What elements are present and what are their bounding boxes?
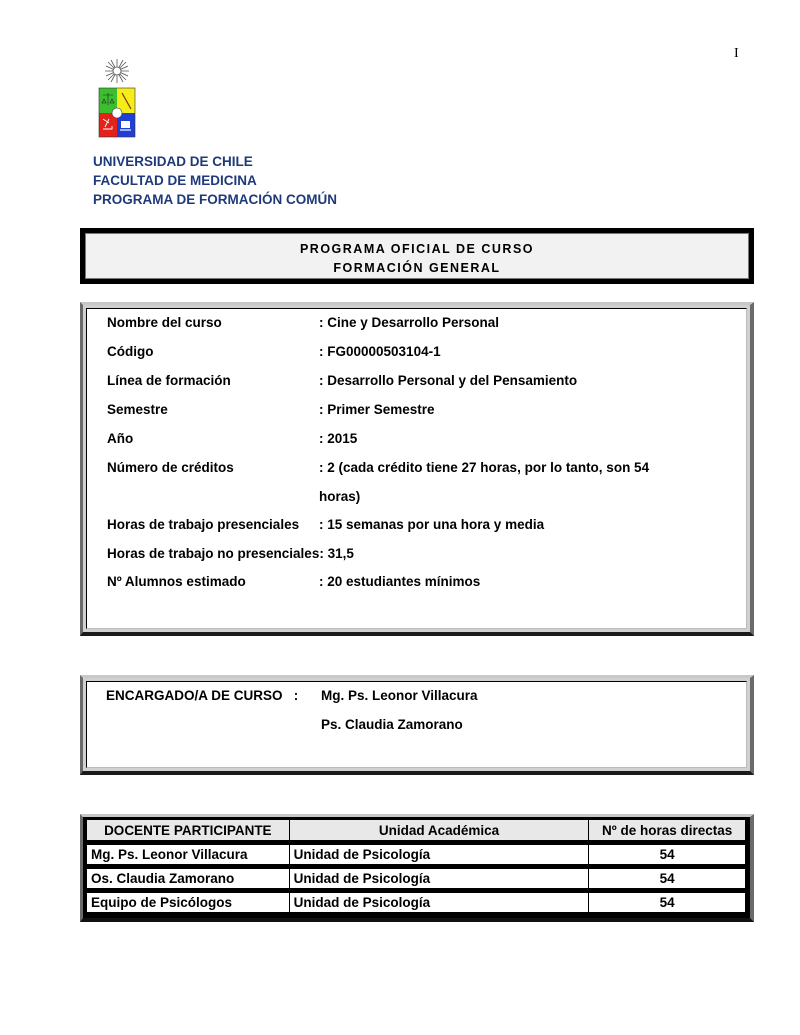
info-label: Código xyxy=(107,344,154,359)
page-number: I xyxy=(734,46,739,62)
table-row: Mg. Ps. Leonor Villacura Unidad de Psico… xyxy=(87,845,746,864)
info-label: Número de créditos xyxy=(107,460,234,475)
encargado-name: Ps. Claudia Zamorano xyxy=(321,717,463,732)
info-label: Horas de trabajo presenciales xyxy=(107,517,299,532)
document-subtitle: FORMACIÓN GENERAL xyxy=(86,259,748,278)
info-value: : 20 estudiantes mínimos xyxy=(319,574,480,589)
encargado-name: Mg. Ps. Leonor Villacura xyxy=(321,688,478,703)
unidad-academica: Unidad de Psicología xyxy=(289,845,589,864)
horas-directas: 54 xyxy=(589,869,746,888)
institution-header: UNIVERSIDAD DE CHILE FACULTAD DE MEDICIN… xyxy=(93,152,337,209)
info-value: : FG00000503104-1 xyxy=(319,344,441,359)
docente-name: Equipo de Psicólogos xyxy=(87,893,290,912)
unidad-academica: Unidad de Psicología xyxy=(289,869,589,888)
info-value: : 2 (cada crédito tiene 27 horas, por lo… xyxy=(319,460,649,475)
docentes-table-box: DOCENTE PARTICIPANTE Unidad Académica Nº… xyxy=(80,814,754,922)
course-info-box: Nombre del curso : Cine y Desarrollo Per… xyxy=(80,302,754,636)
docente-name: Mg. Ps. Leonor Villacura xyxy=(87,845,290,864)
table-row: Equipo de Psicólogos Unidad de Psicologí… xyxy=(87,893,746,912)
info-value: : Cine y Desarrollo Personal xyxy=(319,315,499,330)
docentes-table: DOCENTE PARTICIPANTE Unidad Académica Nº… xyxy=(86,820,746,912)
docente-name: Os. Claudia Zamorano xyxy=(87,869,290,888)
universidad-de-chile-crest-icon xyxy=(97,57,137,141)
info-label: Nº Alumnos estimado xyxy=(107,574,246,589)
column-header: Unidad Académica xyxy=(289,820,589,840)
program-name: PROGRAMA DE FORMACIÓN COMÚN xyxy=(93,190,337,209)
horas-directas: 54 xyxy=(589,845,746,864)
info-label: Línea de formación xyxy=(107,373,231,388)
table-row: Os. Claudia Zamorano Unidad de Psicologí… xyxy=(87,869,746,888)
info-label: Nombre del curso xyxy=(107,315,222,330)
info-label: Año xyxy=(107,431,133,446)
column-header: Nº de horas directas xyxy=(589,820,746,840)
unidad-academica: Unidad de Psicología xyxy=(289,893,589,912)
info-value: : Desarrollo Personal y del Pensamiento xyxy=(319,373,577,388)
info-label: Horas de trabajo no presenciales: 31,5 xyxy=(107,546,354,561)
document-title-box: PROGRAMA OFICIAL DE CURSO FORMACIÓN GENE… xyxy=(80,228,754,284)
info-value: horas) xyxy=(319,489,360,504)
info-value: : Primer Semestre xyxy=(319,402,435,417)
info-value: : 15 semanas por una hora y media xyxy=(319,517,544,532)
column-header: DOCENTE PARTICIPANTE xyxy=(87,820,290,840)
encargado-label: ENCARGADO/A DE CURSO : xyxy=(106,688,298,703)
table-header-row: DOCENTE PARTICIPANTE Unidad Académica Nº… xyxy=(87,820,746,840)
horas-directas: 54 xyxy=(589,893,746,912)
document-title: PROGRAMA OFICIAL DE CURSO xyxy=(86,240,748,259)
encargado-box: ENCARGADO/A DE CURSO : Mg. Ps. Leonor Vi… xyxy=(80,675,754,775)
faculty-name: FACULTAD DE MEDICINA xyxy=(93,171,337,190)
info-value: : 2015 xyxy=(319,431,357,446)
info-label: Semestre xyxy=(107,402,168,417)
university-name: UNIVERSIDAD DE CHILE xyxy=(93,152,337,171)
